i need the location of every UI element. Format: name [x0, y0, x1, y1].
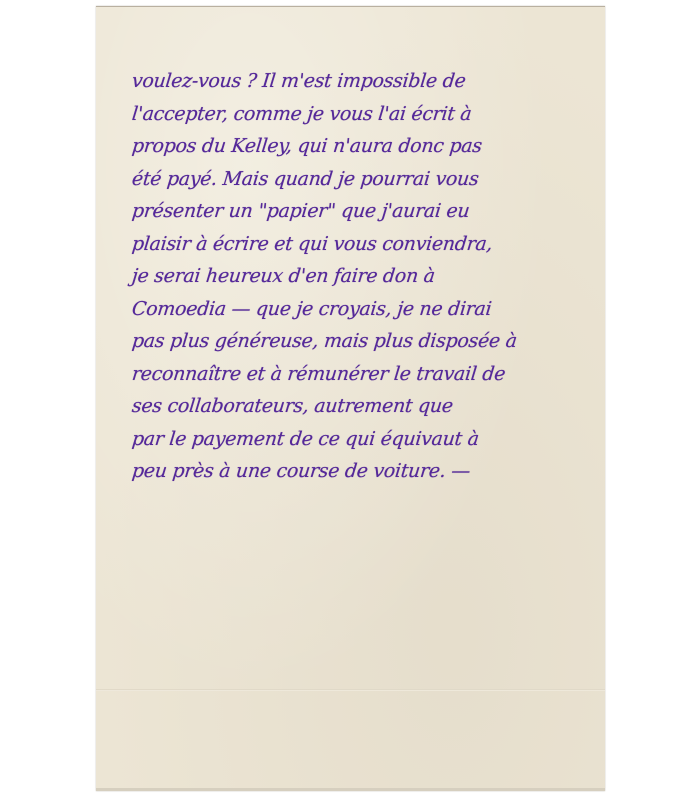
text-line: je serai heureux d'en faire don à: [130, 260, 595, 293]
handwritten-text: voulez-vous ? Il m'est impossible de l'a…: [132, 65, 594, 488]
paper-fold-crease: [96, 689, 605, 691]
text-line: ses collaborateurs, autrement que: [130, 390, 595, 423]
text-line: voulez-vous ? Il m'est impossible de: [130, 65, 595, 98]
text-line: été payé. Mais quand je pourrai vous: [130, 163, 595, 196]
text-line: présenter un "papier" que j'aurai eu: [130, 195, 595, 228]
text-line: reconnaître et à rémunérer le travail de: [130, 358, 595, 391]
text-line: par le payement de ce qui équivaut à: [130, 423, 595, 456]
paper-bottom-edge: [96, 788, 605, 791]
letter-page: voulez-vous ? Il m'est impossible de l'a…: [96, 6, 605, 791]
text-line: l'accepter, comme je vous l'ai écrit à: [130, 98, 595, 131]
text-line: Comoedia — que je croyais, je ne dirai: [130, 293, 595, 326]
text-line: peu près à une course de voiture. —: [130, 455, 595, 488]
text-line: plaisir à écrire et qui vous conviendra,: [130, 228, 595, 261]
text-line: pas plus généreuse, mais plus disposée à: [130, 325, 595, 358]
text-line: propos du Kelley, qui n'aura donc pas: [130, 130, 595, 163]
